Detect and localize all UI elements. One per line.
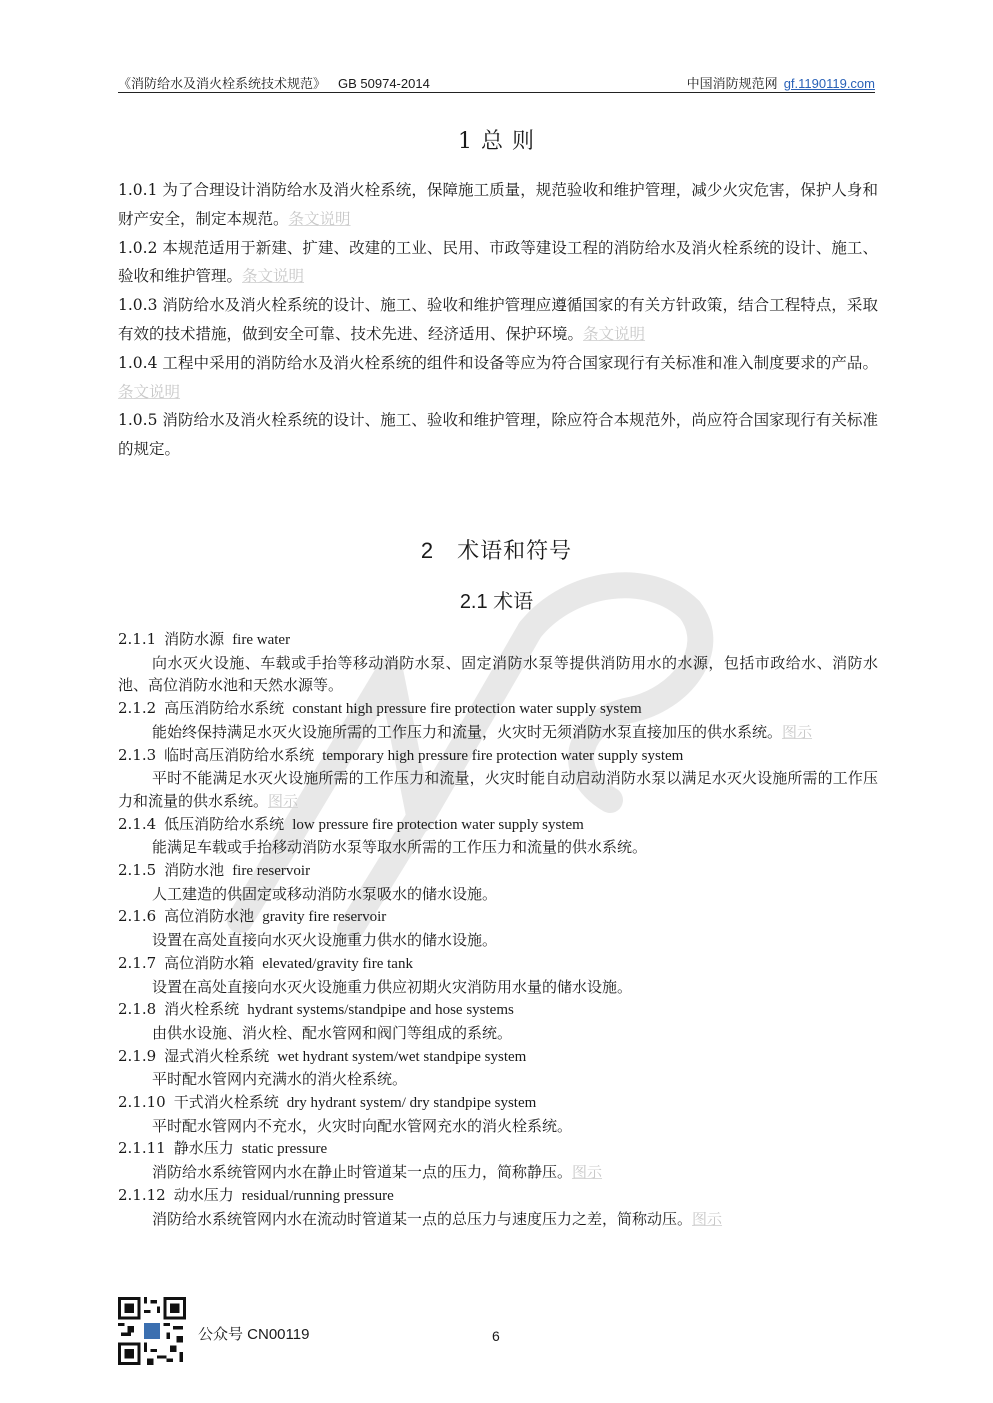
- term-definition-text: 平时配水管网内不充水，火灾时向配水管网充水的消火栓系统。: [152, 1117, 572, 1135]
- term-item: 2.1.7高位消防水箱elevated/gravity fire tank 设置…: [118, 952, 878, 998]
- term-definition: 设置在高处直接向水灭火设施重力供应初期火灾消防用水量的储水设施。: [118, 976, 878, 999]
- term-zh: 消火栓系统: [164, 1000, 239, 1018]
- term-definition: 平时不能满足水灭火设施所需的工作压力和流量，火灾时能自动启动消防水泵以满足水灭火…: [118, 767, 878, 812]
- term-definition-text: 平时配水管网内充满水的消火栓系统。: [152, 1070, 407, 1088]
- term-definition-text: 能满足车载或手抬移动消防水泵等取水所需的工作压力和流量的供水系统。: [152, 838, 647, 856]
- term-heading: 2.1.3临时高压消防给水系统temporary high pressure f…: [118, 744, 878, 768]
- term-zh: 消防水池: [164, 861, 224, 879]
- term-item: 2.1.10干式消火栓系统dry hydrant system/ dry sta…: [118, 1091, 878, 1137]
- term-number: 2.1.3: [118, 744, 156, 767]
- clause: 1.0.4 工程中采用的消防给水及消火栓系统的组件和设备等应为符合国家现行有关标…: [118, 349, 878, 407]
- term-definition: 能始终保持满足水灭火设施所需的工作压力和流量，火灾时无须消防水泵直接加压的供水系…: [118, 721, 878, 744]
- term-item: 2.1.12动水压力residual/running pressure 消防给水…: [118, 1184, 878, 1230]
- clause: 1.0.1 为了合理设计消防给水及消火栓系统，保障施工质量，规范验收和维护管理，…: [118, 176, 878, 234]
- term-definition: 设置在高处直接向水灭火设施重力供水的储水设施。: [118, 929, 878, 952]
- diagram-link[interactable]: 图示: [572, 1163, 602, 1181]
- term-heading: 2.1.11静水压力static pressure: [118, 1137, 878, 1161]
- term-definition: 平时配水管网内不充水，火灾时向配水管网充水的消火栓系统。: [118, 1115, 878, 1138]
- term-en: temporary high pressure fire protection …: [322, 748, 683, 764]
- clause-text: 1.0.1 为了合理设计消防给水及消火栓系统，保障施工质量，规范验收和维护管理，…: [118, 181, 878, 228]
- term-zh: 临时高压消防给水系统: [164, 746, 314, 764]
- page-footer: 公众号 CN00119 6: [118, 1297, 718, 1367]
- term-heading: 2.1.10干式消火栓系统dry hydrant system/ dry sta…: [118, 1091, 878, 1115]
- term-number: 2.1.7: [118, 952, 156, 975]
- term-heading: 2.1.6高位消防水池gravity fire reservoir: [118, 905, 878, 929]
- term-zh: 低压消防给水系统: [164, 815, 284, 833]
- chapter-1-clauses: 1.0.1 为了合理设计消防给水及消火栓系统，保障施工质量，规范验收和维护管理，…: [118, 176, 878, 464]
- term-definition-text: 向水灭火设施、车载或手抬等移动消防水泵、固定消防水泵等提供消防用水的水源，包括市…: [118, 654, 878, 695]
- term-definition: 人工建造的供固定或移动消防水泵吸水的储水设施。: [118, 883, 878, 906]
- clause: 1.0.3 消防给水及消火栓系统的设计、施工、验收和维护管理应遵循国家的有关方针…: [118, 291, 878, 349]
- term-item: 2.1.9湿式消火栓系统wet hydrant system/wet stand…: [118, 1045, 878, 1091]
- clause-text: 1.0.4 工程中采用的消防给水及消火栓系统的组件和设备等应为符合国家现行有关标…: [118, 354, 878, 372]
- term-number: 2.1.10: [118, 1091, 166, 1114]
- term-definition: 平时配水管网内充满水的消火栓系统。: [118, 1068, 878, 1091]
- term-number: 2.1.1: [118, 628, 156, 651]
- term-item: 2.1.6高位消防水池gravity fire reservoir 设置在高处直…: [118, 905, 878, 951]
- site-name: 中国消防规范网: [687, 76, 778, 91]
- term-heading: 2.1.7高位消防水箱elevated/gravity fire tank: [118, 952, 878, 976]
- term-number: 2.1.6: [118, 905, 156, 928]
- term-definition-text: 设置在高处直接向水灭火设施重力供水的储水设施。: [152, 931, 497, 949]
- diagram-link[interactable]: 图示: [268, 792, 298, 810]
- doc-code: GB 50974-2014: [338, 76, 430, 91]
- qr-code-icon: [118, 1297, 186, 1365]
- term-number: 2.1.5: [118, 859, 156, 882]
- page-header: 《消防给水及消火栓系统技术规范》GB 50974-2014 中国消防规范网gf.…: [118, 72, 875, 93]
- clause-note-link[interactable]: 条文说明: [289, 210, 351, 228]
- page-number: 6: [492, 1328, 500, 1344]
- term-definition-text: 人工建造的供固定或移动消防水泵吸水的储水设施。: [152, 885, 497, 903]
- term-heading: 2.1.12动水压力residual/running pressure: [118, 1184, 878, 1208]
- clause: 1.0.2 本规范适用于新建、扩建、改建的工业、民用、市政等建设工程的消防给水及…: [118, 234, 878, 292]
- term-number: 2.1.4: [118, 813, 156, 836]
- term-zh: 高位消防水池: [164, 907, 254, 925]
- term-definition-text: 能始终保持满足水灭火设施所需的工作压力和流量，火灾时无须消防水泵直接加压的供水系…: [152, 723, 782, 741]
- term-en: wet hydrant system/wet standpipe system: [277, 1049, 526, 1065]
- term-definition: 消防给水系统管网内水在静止时管道某一点的压力，简称静压。图示: [118, 1161, 878, 1184]
- term-definition-text: 设置在高处直接向水灭火设施重力供应初期火灾消防用水量的储水设施。: [152, 978, 632, 996]
- term-definition: 向水灭火设施、车载或手抬等移动消防水泵、固定消防水泵等提供消防用水的水源，包括市…: [118, 652, 878, 697]
- term-number: 2.1.12: [118, 1184, 166, 1207]
- term-en: fire reservoir: [232, 863, 310, 879]
- clause-text: 1.0.3 消防给水及消火栓系统的设计、施工、验收和维护管理应遵循国家的有关方针…: [118, 296, 878, 343]
- term-zh: 动水压力: [174, 1186, 234, 1204]
- term-zh: 高压消防给水系统: [164, 699, 284, 717]
- term-item: 2.1.4低压消防给水系统low pressure fire protectio…: [118, 813, 878, 859]
- section-2-1-title: 2.1 术语: [0, 585, 993, 614]
- term-item: 2.1.3临时高压消防给水系统temporary high pressure f…: [118, 744, 878, 813]
- term-zh: 干式消火栓系统: [174, 1093, 279, 1111]
- term-heading: 2.1.1消防水源fire water: [118, 628, 878, 652]
- term-en: gravity fire reservoir: [262, 909, 386, 925]
- term-en: static pressure: [242, 1141, 327, 1157]
- term-heading: 2.1.8消火栓系统hydrant systems/standpipe and …: [118, 998, 878, 1022]
- term-en: hydrant systems/standpipe and hose syste…: [247, 1002, 514, 1018]
- term-en: dry hydrant system/ dry standpipe system: [287, 1095, 537, 1111]
- term-en: residual/running pressure: [242, 1188, 394, 1204]
- term-definition: 由供水设施、消火栓、配水管网和阀门等组成的系统。: [118, 1022, 878, 1045]
- term-zh: 湿式消火栓系统: [164, 1047, 269, 1065]
- clause-note-link[interactable]: 条文说明: [118, 383, 180, 401]
- term-en: fire water: [232, 632, 290, 648]
- term-zh: 消防水源: [164, 630, 224, 648]
- term-heading: 2.1.4低压消防给水系统low pressure fire protectio…: [118, 813, 878, 837]
- header-site: 中国消防规范网gf.1190119.com: [687, 73, 875, 92]
- clause-text: 1.0.2 本规范适用于新建、扩建、改建的工业、民用、市政等建设工程的消防给水及…: [118, 239, 878, 286]
- term-en: low pressure fire protection water suppl…: [292, 817, 584, 833]
- term-en: elevated/gravity fire tank: [262, 956, 413, 972]
- term-number: 2.1.11: [118, 1137, 166, 1160]
- doc-title: 《消防给水及消火栓系统技术规范》: [118, 76, 326, 91]
- term-definition-text: 消防给水系统管网内水在静止时管道某一点的压力，简称静压。: [152, 1163, 572, 1181]
- clause: 1.0.5 消防给水及消火栓系统的设计、施工、验收和维护管理，除应符合本规范外，…: [118, 406, 878, 464]
- term-item: 2.1.11静水压力static pressure 消防给水系统管网内水在静止时…: [118, 1137, 878, 1183]
- term-definition-text: 平时不能满足水灭火设施所需的工作压力和流量，火灾时能自动启动消防水泵以满足水灭火…: [118, 769, 878, 810]
- term-heading: 2.1.9湿式消火栓系统wet hydrant system/wet stand…: [118, 1045, 878, 1069]
- diagram-link[interactable]: 图示: [692, 1210, 722, 1228]
- term-item: 2.1.2高压消防给水系统constant high pressure fire…: [118, 697, 878, 743]
- clause-text: 1.0.5 消防给水及消火栓系统的设计、施工、验收和维护管理，除应符合本规范外，…: [118, 411, 878, 458]
- header-doc-title: 《消防给水及消火栓系统技术规范》GB 50974-2014: [118, 73, 430, 92]
- term-item: 2.1.1消防水源fire water 向水灭火设施、车载或手抬等移动消防水泵、…: [118, 628, 878, 697]
- term-item: 2.1.5消防水池fire reservoir 人工建造的供固定或移动消防水泵吸…: [118, 859, 878, 905]
- clause-note-link[interactable]: 条文说明: [242, 267, 304, 285]
- term-definition-text: 消防给水系统管网内水在流动时管道某一点的总压力与速度压力之差，简称动压。: [152, 1210, 692, 1228]
- term-heading: 2.1.2高压消防给水系统constant high pressure fire…: [118, 697, 878, 721]
- document-page: 《消防给水及消火栓系统技术规范》GB 50974-2014 中国消防规范网gf.…: [0, 0, 993, 1403]
- wechat-account-label: 公众号 CN00119: [198, 1323, 309, 1344]
- term-number: 2.1.8: [118, 998, 156, 1021]
- terms-list: 2.1.1消防水源fire water 向水灭火设施、车载或手抬等移动消防水泵、…: [118, 628, 878, 1230]
- term-en: constant high pressure fire protection w…: [292, 701, 642, 717]
- clause-note-link[interactable]: 条文说明: [583, 325, 645, 343]
- term-zh: 静水压力: [174, 1139, 234, 1157]
- site-link[interactable]: gf.1190119.com: [784, 76, 875, 91]
- term-definition: 消防给水系统管网内水在流动时管道某一点的总压力与速度压力之差，简称动压。图示: [118, 1208, 878, 1231]
- term-item: 2.1.8消火栓系统hydrant systems/standpipe and …: [118, 998, 878, 1044]
- term-definition: 能满足车载或手抬移动消防水泵等取水所需的工作压力和流量的供水系统。: [118, 836, 878, 859]
- diagram-link[interactable]: 图示: [782, 723, 812, 741]
- chapter-2-title: 2 术语和符号: [0, 534, 993, 565]
- term-heading: 2.1.5消防水池fire reservoir: [118, 859, 878, 883]
- term-definition-text: 由供水设施、消火栓、配水管网和阀门等组成的系统。: [152, 1024, 512, 1042]
- chapter-1-title: 1 总 则: [0, 124, 993, 155]
- term-number: 2.1.2: [118, 697, 156, 720]
- term-zh: 高位消防水箱: [164, 954, 254, 972]
- term-number: 2.1.9: [118, 1045, 156, 1068]
